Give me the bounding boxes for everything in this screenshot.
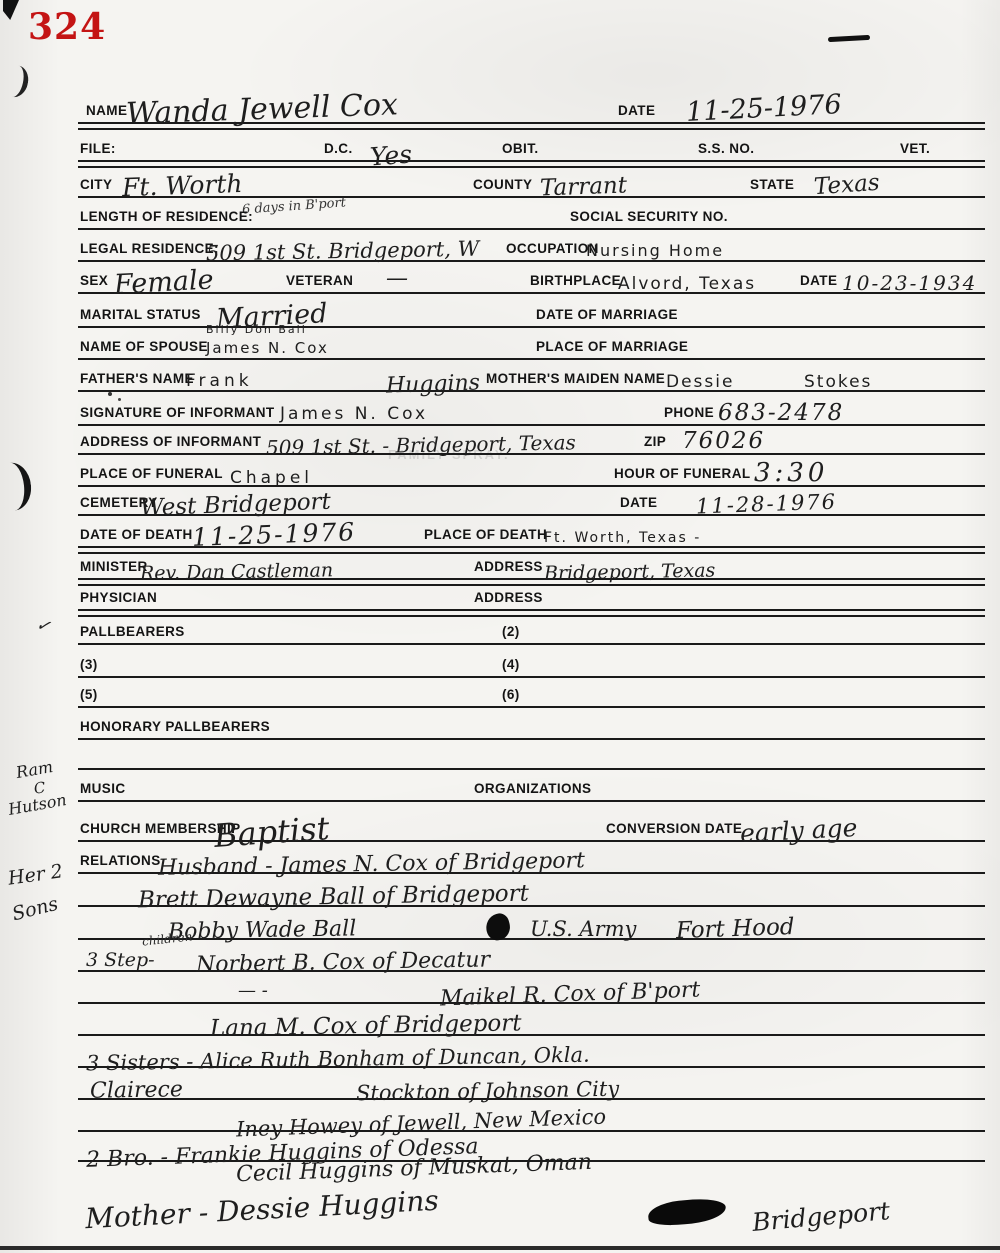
row-informant-address: ADDRESS OF INFORMANT 509 1st St. - Bridg… [78,424,985,455]
row-name: NAME Wanda Jewell Cox DATE 11-25-1976 [78,86,985,124]
row-music: MUSIC ORGANIZATIONS [78,770,985,802]
margin-note-music: Hutson [7,792,68,818]
place-of-funeral-value: Chapel [230,470,313,487]
zip-label: ZIP [644,434,666,449]
row-relation-sisters: 3 Sisters - Alice Ruth Bonham of Duncan,… [78,1036,985,1068]
scan-curve-artifact [7,64,31,99]
pallbearer-4-label: (4) [502,657,520,672]
ink-blot [483,911,513,942]
minister-address-label: ADDRESS [474,559,543,574]
date-value: 11-25-1976 [685,91,842,126]
row-place-of-funeral: PLACE OF FUNERAL Chapel HOUR OF FUNERAL … [78,455,985,487]
top-right-pen-dash [828,35,870,42]
physician-label: PHYSICIAN [80,590,157,605]
relations-label: RELATIONS [80,853,161,868]
organizations-label: ORGANIZATIONS [474,781,591,796]
music-label: MUSIC [80,781,126,796]
row-relation-maikel: — - Maikel R. Cox of B'port [78,972,985,1004]
row-sex-birthplace: SEX Female VETERAN — BIRTHPLACE Alvord, … [78,262,985,294]
pallbearer-5-label: (5) [80,687,98,702]
date-of-marriage-label: DATE OF MARRIAGE [536,307,678,322]
hour-of-funeral-label: HOUR OF FUNERAL [614,466,751,481]
informant-address-value: 509 1st St. - Bridgeport, Texas [266,432,576,457]
honorary-pallbearers-label: HONORARY PALLBEARERS [80,719,270,734]
pallbearer-3-label: (3) [80,657,98,672]
birthplace-label: BIRTHPLACE [530,273,621,288]
relation-bobby-fort-hood: Fort Hood [676,916,795,943]
row-spouse: Billy Don Ball NAME OF SPOUSE James N. C… [78,328,985,360]
length-of-residence-label: LENGTH OF RESIDENCE: [80,209,253,224]
pallbearer-2-label: (2) [502,624,520,639]
row-physician: PHYSICIAN ADDRESS [78,580,985,611]
name-label: NAME [86,103,127,118]
state-value: Texas [813,172,880,200]
relation-maikel-dash: — - [238,982,268,1000]
sex-label: SEX [80,273,108,288]
scan-paren-artifact [4,461,34,511]
occupation-label: OCCUPATION [506,241,599,256]
burial-date-label: DATE [620,495,657,510]
social-security-label: SOCIAL SECURITY NO. [570,209,728,224]
legal-residence-label: LEGAL RESIDENCE: [80,241,219,256]
relation-bobby-army: U.S. Army [530,919,636,940]
row-length-of-residence: LENGTH OF RESIDENCE: SOCIAL SECURITY NO. [78,198,985,230]
burial-date-value: 11-28-1976 [696,492,838,518]
date-of-death-value: 11-25-1976 [192,519,357,550]
row-informant-signature: SIGNATURE OF INFORMANT James N. Cox PHON… [78,392,985,426]
ssno-label: S.S. NO. [698,141,754,156]
row-relation-iney: Iney Howey of Jewell, New Mexico [78,1100,985,1132]
city-label: CITY [80,177,112,192]
mother-last-value: Stokes [804,374,872,391]
birthdate-label: DATE [800,273,837,288]
margin-note-her-2: Her 2 [7,862,64,888]
page-number: 324 [28,6,106,48]
veteran-value: — [386,268,408,290]
informant-signature-value: James N. Cox [280,406,428,423]
margin-note-music: Ram [15,759,54,781]
conversion-date-label: CONVERSION DATE [606,821,742,836]
row-blank [78,740,985,770]
row-minister: MINISTER Rev. Dan Castleman ADDRESS Brid… [78,548,985,580]
county-label: COUNTY [473,177,532,192]
row-church-membership: CHURCH MEMBERSHIP Baptist CONVERSION DAT… [78,802,985,842]
address-of-informant-label: ADDRESS OF INFORMANT [80,434,261,449]
spouse-label: NAME OF SPOUSE [80,339,208,354]
birthdate-value: 10-23-1934 [842,273,977,293]
row-cemetery: CEMETERY West Bridgeport DATE 11-28-1976 [78,487,985,516]
signature-of-informant-label: SIGNATURE OF INFORMANT [80,405,275,420]
row-relation-bobby: Bobby Wade Ball U.S. Army Fort Hood [78,907,985,940]
occupation-value: Nursing Home [586,243,724,259]
obit-label: OBIT. [502,141,539,156]
birthplace-value: Alvord, Texas [618,276,756,293]
place-of-death-label: PLACE OF DEATH [424,527,547,542]
row-relation-brett: Brett Dewayne Ball of Bridgeport [78,874,985,907]
scanned-funeral-record: 324 FAMILY SPRAY. NAME Wanda Jewell Cox … [0,0,1000,1253]
row-pallbearers-3-4: (3) (4) [78,645,985,678]
row-relation-clairece: Clairece Stockton of Johnson City [78,1068,985,1100]
marital-status-label: MARITAL STATUS [80,307,201,322]
row-city: CITY Ft. Worth 6 days in B'port COUNTY T… [78,162,985,198]
relation-step-prefix: 3 Step- [86,951,155,970]
spouse-note: Billy Don Ball [206,324,307,335]
row-pallbearers: PALLBEARERS (2) [78,612,985,645]
row-relation-norbert: 3 Step- children Norbert B. Cox of Decat… [78,940,985,972]
city-value: Ft. Worth [122,171,243,200]
place-of-funeral-label: PLACE OF FUNERAL [80,466,223,481]
row-pallbearers-5-6: (5) (6) [78,678,985,708]
row-honorary-pallbearers: HONORARY PALLBEARERS [78,708,985,740]
spouse-value: James N. Cox [206,341,329,356]
margin-check-mark: ✓ [34,617,52,637]
pallbearers-label: PALLBEARERS [80,624,185,639]
county-value: Tarrant [540,174,628,200]
pallbearer-6-label: (6) [502,687,520,702]
relation-mother-city: Bridgeport [751,1198,891,1235]
physician-address-label: ADDRESS [474,590,543,605]
zip-value: 76026 [682,430,765,453]
legal-residence-value: 509 1st St. Bridgeport, W [206,239,480,265]
mothers-maiden-name-label: MOTHER'S MAIDEN NAME [486,371,665,386]
state-label: STATE [750,177,794,192]
minister-label: MINISTER [80,559,148,574]
veteran-label: VETERAN [286,273,353,288]
date-label: DATE [618,103,655,118]
father-first-value: Frank [186,373,253,390]
scan-corner-artifact [3,0,19,20]
date-of-death-label: DATE OF DEATH [80,527,193,542]
row-relation-lana: Lana M. Cox of Bridgeport [78,1004,985,1036]
row-file: FILE: D.C. Yes OBIT. S.S. NO. VET. [78,124,985,162]
mother-first-value: Dessie [666,374,734,391]
row-legal-residence: LEGAL RESIDENCE: 509 1st St. Bridgeport,… [78,230,985,262]
fathers-name-label: FATHER'S NAME [80,371,194,386]
relation-mother-value: Mother - Dessie Huggins [85,1187,440,1233]
hour-of-funeral-value: 3:30 [754,460,828,486]
row-parents: FATHER'S NAME Frank Huggins MOTHER'S MAI… [78,360,985,392]
relation-step-note: children [142,930,193,947]
place-of-marriage-label: PLACE OF MARRIAGE [536,339,688,354]
scribbled-out-word [647,1196,727,1228]
row-date-of-death: DATE OF DEATH 11-25-1976 PLACE OF DEATH … [78,516,985,548]
phone-label: PHONE [664,405,714,420]
phone-value: 683-2478 [718,402,844,425]
file-label: FILE: [80,141,116,156]
row-relations: RELATIONS Husband - James N. Cox of Brid… [78,842,985,874]
place-of-death-value: Ft. Worth, Texas - [544,531,701,545]
margin-note-sons: Sons [10,895,60,925]
vet-label: VET. [900,141,930,156]
bottom-scan-edge [0,1246,1000,1250]
dc-label: D.C. [324,141,353,156]
